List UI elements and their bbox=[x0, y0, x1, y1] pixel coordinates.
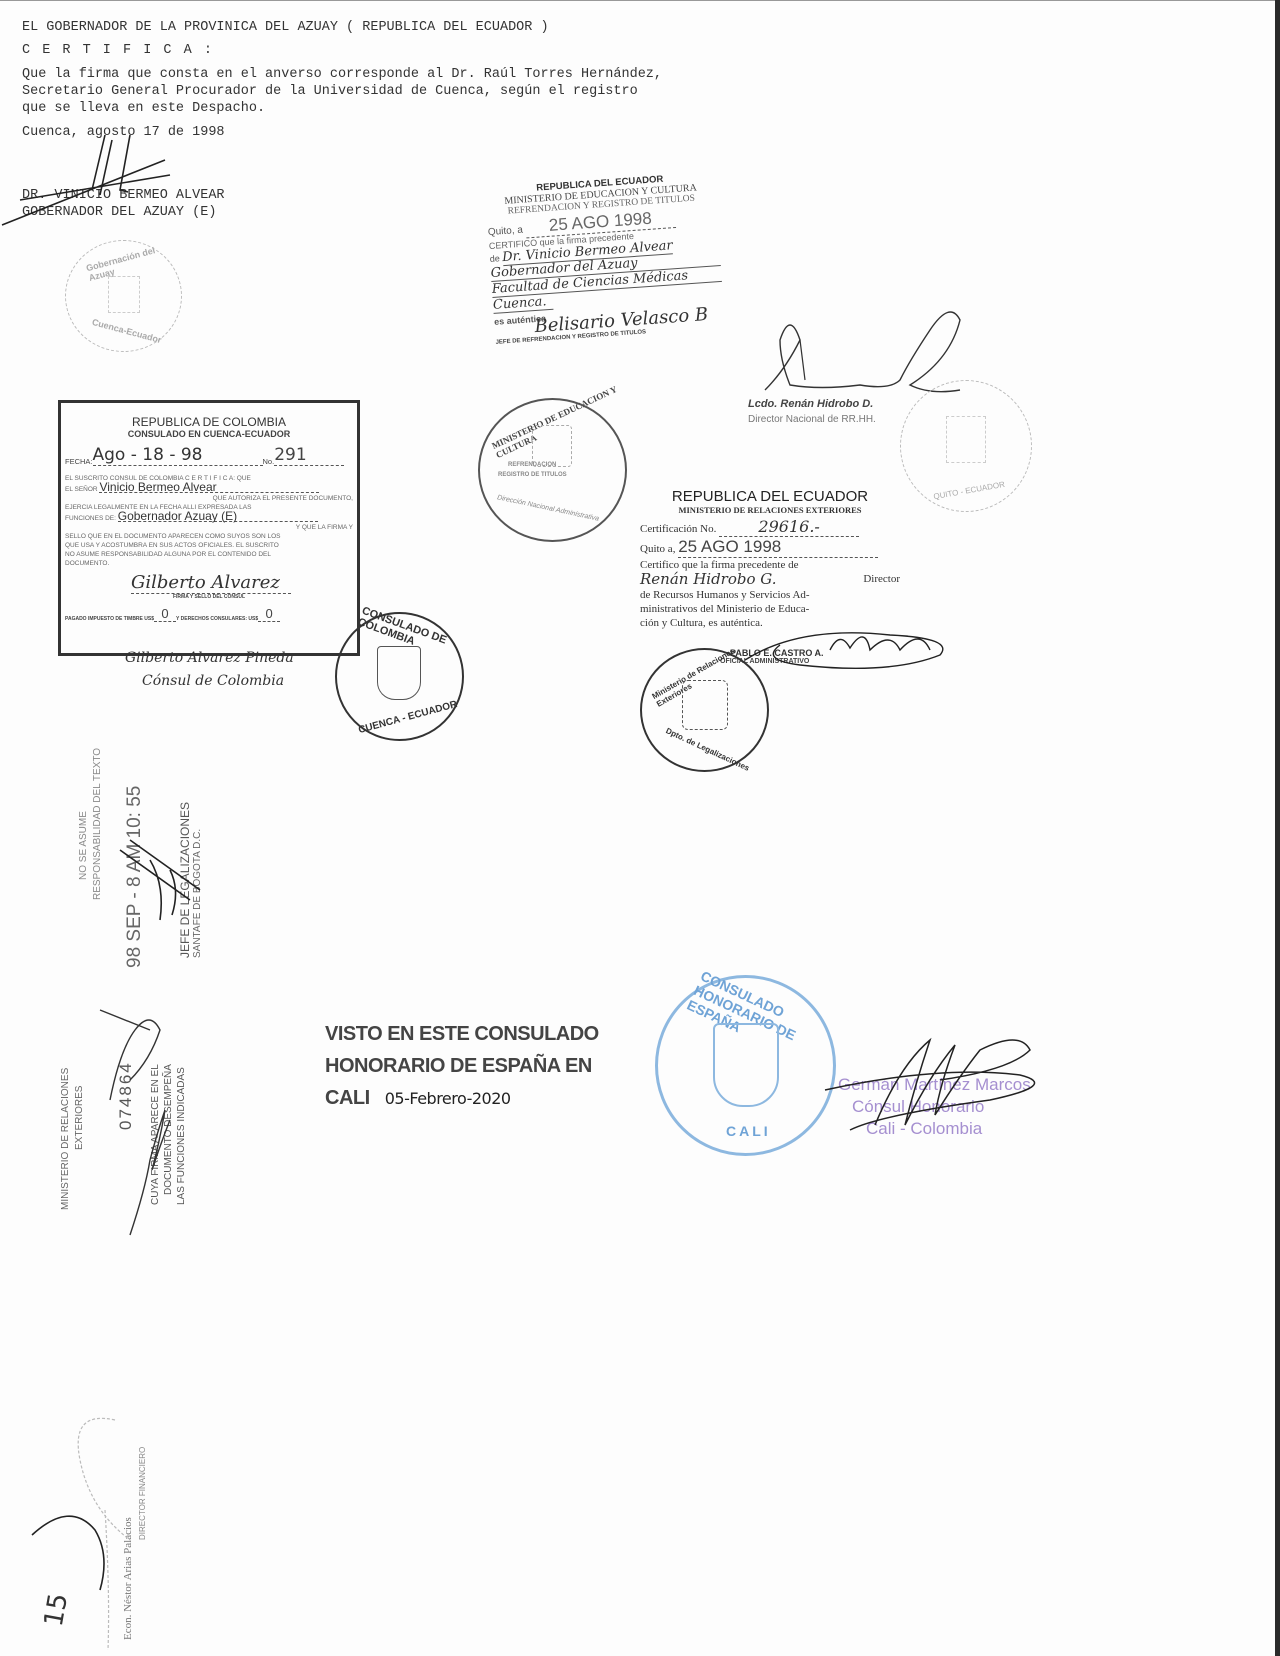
education-seal-inner-line-2: REGISTRO DE TITULOS bbox=[498, 472, 567, 478]
colombia-stamp-subtitle: CONSULADO EN CUENCA-ECUADOR bbox=[61, 429, 357, 439]
education-seal-bottom-text: Dirección Nacional Administrativa bbox=[496, 494, 599, 522]
governor-seal: Gobernación del Azuay Cuenca-Ecuador bbox=[65, 240, 182, 352]
colombia-stamp-no-label: No. bbox=[263, 457, 275, 466]
certifica-heading: C E R T I F I C A : bbox=[22, 43, 214, 58]
colombia-stamp-timbre-value: 0 bbox=[154, 606, 176, 622]
colombia-stamp-derechos-value: 0 bbox=[258, 606, 280, 622]
colombia-stamp-text-7: NO ASUME RESPONSABILIDAD ALGUNA POR EL C… bbox=[65, 550, 353, 559]
colombia-stamp-fecha-value: Ago - 18 - 98 bbox=[93, 445, 263, 466]
coat-of-arms-icon bbox=[108, 276, 140, 313]
relaciones-stamp-cert-value: 29616.- bbox=[719, 517, 859, 537]
spain-stamp-line-3: CALI bbox=[325, 1087, 370, 1109]
education-stamp-hand-line-4: Cuenca. bbox=[493, 294, 554, 314]
colombia-coat-of-arms-icon bbox=[377, 646, 421, 700]
education-seal: MINISTERIO DE EDUCACION Y CULTURA REFREN… bbox=[478, 398, 627, 542]
bogota-stamp-line-1: NO SE ASUME bbox=[78, 811, 89, 880]
governor-heading: EL GOBERNADOR DE LA PROVINICA DEL AZUAY … bbox=[22, 20, 549, 35]
exteriores-signatures bbox=[90, 990, 180, 1240]
page-right-edge bbox=[1275, 0, 1280, 1656]
hidrobo-signature bbox=[760, 300, 960, 400]
exteriores-stamp-line-2: EXTERIORES bbox=[74, 1086, 85, 1150]
relaciones-stamp-body-2: Director bbox=[863, 572, 900, 586]
spain-seal-bottom-text: CALI bbox=[726, 1123, 771, 1139]
colombia-stamp-derechos-label: Y DERECHOS CONSULARES: US$ bbox=[176, 616, 258, 622]
relaciones-stamp-body-3: de Recursos Humanos y Servicios Ad- bbox=[640, 588, 900, 602]
certificate-body-line-2: Secretario General Procurador de la Univ… bbox=[22, 84, 638, 99]
relaciones-stamp-title: REPUBLICA DEL ECUADOR bbox=[640, 488, 900, 505]
colombia-stamp-text-2: QUE AUTORIZA EL PRESENTE DOCUMENTO, bbox=[65, 494, 353, 503]
hidrobo-title: Director Nacional de RR.HH. bbox=[748, 414, 876, 425]
colombia-consulate-seal: CONSULADO DE COLOMBIA CUENCA - ECUADOR bbox=[335, 612, 464, 741]
bogota-stamp-line-2: RESPONSABILIDAD DEL TEXTO bbox=[92, 748, 103, 900]
relaciones-stamp-quito-label: Quito a, bbox=[640, 543, 675, 555]
colombia-stamp-text-8: DOCUMENTO. bbox=[65, 559, 353, 568]
colombia-stamp-text-6: QUE USA Y ACOSTUMBRA EN SUS ACTOS OFICIA… bbox=[65, 541, 353, 550]
colombia-stamp-no-value: 291 bbox=[274, 445, 344, 466]
spain-stamp-line-1: VISTO EN ESTE CONSULADO bbox=[325, 1018, 599, 1050]
relaciones-seal-bottom-text: Dpto. de Legalizaciones bbox=[664, 726, 750, 773]
colombia-stamp-funciones-label: FUNCIONES DE: bbox=[65, 515, 116, 522]
certificate-body-line-3: que se lleva en este Despacho. bbox=[22, 101, 265, 116]
bogota-signature bbox=[110, 830, 210, 930]
education-stamp: REPUBLICA DEL ECUADOR MINISTERIO DE EDUC… bbox=[485, 170, 726, 346]
relaciones-stamp-subtitle: MINISTERIO DE RELACIONES EXTERIORES bbox=[640, 505, 900, 515]
relaciones-stamp-hand-name: Renán Hidrobo G. bbox=[640, 570, 777, 588]
relaciones-exteriores-seal: Ministerio de Relaciones Exteriores Dpto… bbox=[640, 648, 769, 772]
page-number: 15 bbox=[39, 1591, 74, 1629]
colombia-stamp-fecha-label: FECHA: bbox=[65, 457, 93, 466]
quito-seal-bottom-text: QUITO - ECUADOR bbox=[933, 480, 1006, 501]
quito-seal: QUITO - ECUADOR bbox=[900, 380, 1032, 512]
exteriores-stamp-line-1: MINISTERIO DE RELACIONES bbox=[60, 1068, 71, 1210]
colombia-seal-bottom-text: CUENCA - ECUADOR bbox=[357, 699, 458, 736]
colombia-consul-name: Gilberto Alvarez Pineda bbox=[125, 650, 294, 666]
ecuador-coat-of-arms-icon bbox=[682, 680, 728, 730]
spain-visto-stamp: VISTO EN ESTE CONSULADO HONORARIO DE ESP… bbox=[325, 1018, 599, 1115]
colombia-stamp-pagado-label: PAGADO IMPUESTO DE TIMBRE US$ bbox=[65, 616, 154, 622]
colombia-stamp-senor-label: EL SEÑOR bbox=[65, 486, 98, 493]
spain-stamp-hand-date: 05-Febrero-2020 bbox=[385, 1089, 511, 1108]
page-top-edge bbox=[0, 0, 1280, 1]
certificate-body-line-1: Que la firma que consta en el anverso co… bbox=[22, 67, 662, 82]
colombia-stamp-title: REPUBLICA DE COLOMBIA bbox=[61, 415, 357, 429]
colombia-consulate-stamp: REPUBLICA DE COLOMBIA CONSULADO EN CUENC… bbox=[58, 400, 360, 656]
governor-seal-bottom-text: Cuenca-Ecuador bbox=[91, 317, 163, 345]
document-page: EL GOBERNADOR DE LA PROVINICA DEL AZUAY … bbox=[0, 0, 1280, 1656]
education-stamp-quito-label: Quito, a bbox=[488, 225, 524, 238]
governor-signature bbox=[0, 130, 200, 230]
spain-consul-signature bbox=[820, 1025, 1050, 1135]
colombia-stamp-funciones-value: Gobernador Azuay (E) bbox=[118, 512, 318, 522]
relaciones-stamp-body-4: ministrativos del Ministerio de Educa- bbox=[640, 602, 900, 616]
relaciones-stamp-cert-label: Certificación No. bbox=[640, 523, 716, 535]
spain-stamp-line-2: HONORARIO DE ESPAÑA EN bbox=[325, 1050, 599, 1082]
coat-of-arms-icon bbox=[532, 425, 572, 467]
colombia-stamp-senor-value: Vinicio Bermeo Alvear bbox=[99, 483, 319, 493]
colombia-stamp-text-4: Y QUE LA FIRMA Y bbox=[65, 523, 353, 532]
education-stamp-de-label: de bbox=[489, 253, 500, 264]
colombia-stamp-signature: Gilberto Alvarez bbox=[131, 572, 291, 594]
colombia-stamp-text-5: SELLO QUE EN EL DOCUMENTO APARECEN COMO … bbox=[65, 532, 353, 541]
relaciones-stamp-date: 25 AGO 1998 bbox=[678, 537, 878, 558]
spain-consulate-seal: CONSULADO HONORARIO DE ESPAÑA CALI bbox=[655, 975, 836, 1156]
colombia-consul-title: Cónsul de Colombia bbox=[142, 673, 284, 689]
hidrobo-name: Lcdo. Renán Hidrobo D. bbox=[748, 398, 873, 410]
castro-signature bbox=[740, 620, 960, 680]
coat-of-arms-icon bbox=[946, 416, 986, 463]
spain-coat-of-arms-icon bbox=[713, 1023, 779, 1107]
colombia-stamp-firma-label: FIRMA Y SELLO DEL CONSUL bbox=[61, 594, 357, 600]
